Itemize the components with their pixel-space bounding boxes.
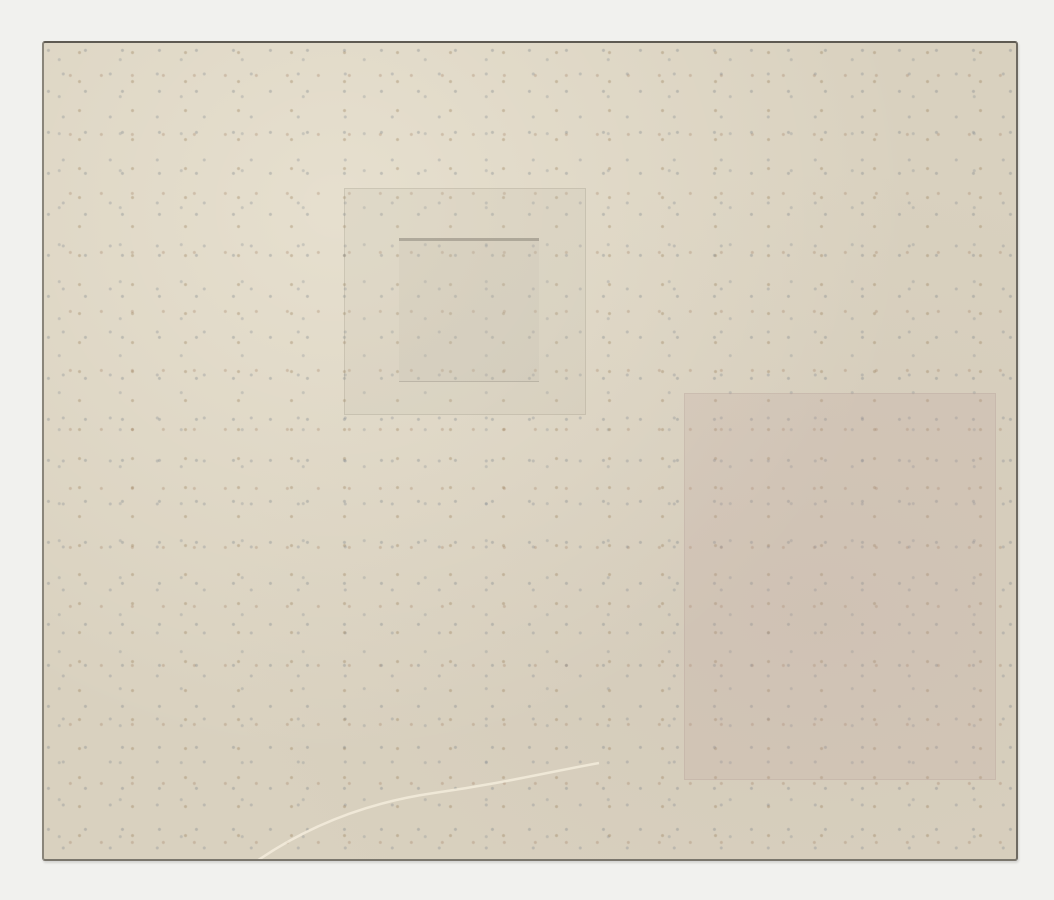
ghost-stamp-impression-left-inner — [399, 238, 539, 382]
photo-background: Reverse side of an aged paper card with … — [0, 0, 1054, 900]
paper-card: Reverse side of an aged paper card with … — [42, 41, 1018, 861]
ghost-stamp-impression-right — [684, 393, 996, 780]
paper-crease — [244, 758, 604, 861]
